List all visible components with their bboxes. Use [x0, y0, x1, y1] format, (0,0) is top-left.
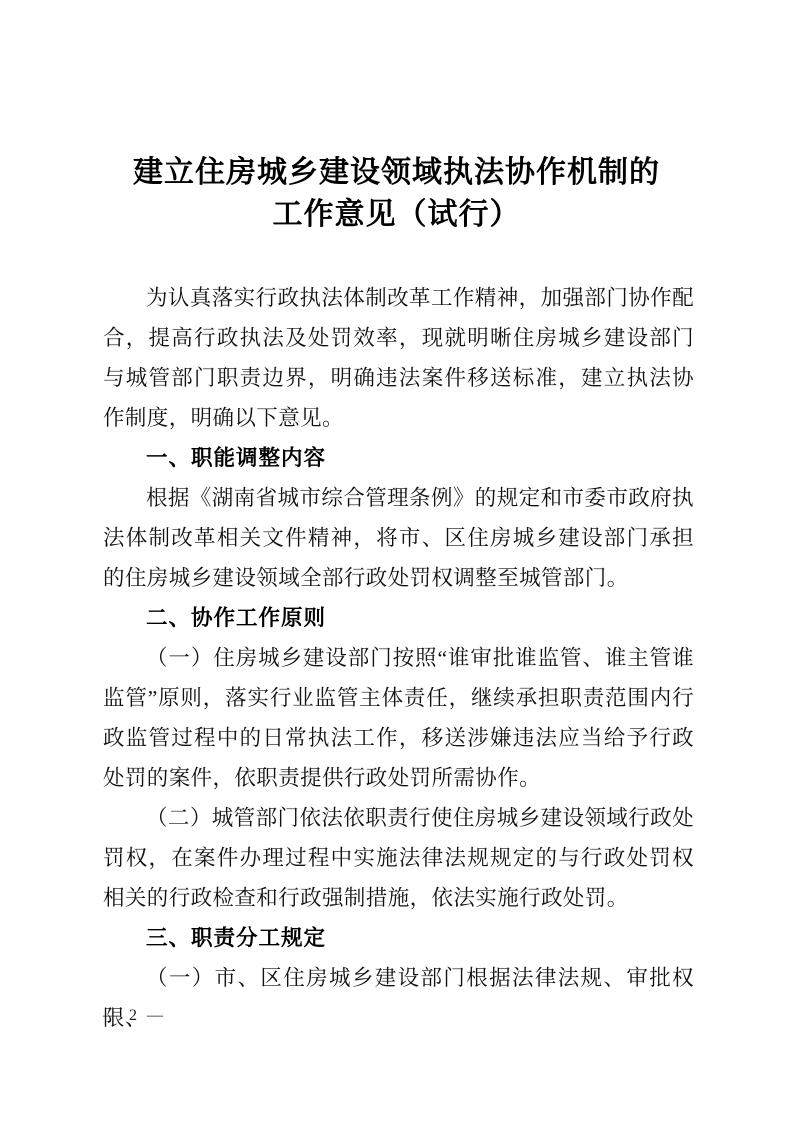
document-title-line2: 工作意见（试行） [273, 198, 521, 231]
paragraph: （二）城管部门依法依职责行使住房城乡建设领域行政处罚权，在案件办理过程中实施法律… [103, 798, 694, 918]
paragraph: （一）住房城乡建设部门按照“谁审批谁监管、谁主管谁监管”原则，落实行业监管主体责… [103, 638, 694, 798]
document-title: 建立住房城乡建设领域执法协作机制的 工作意见（试行） [0, 152, 793, 236]
document-title-line1: 建立住房城乡建设领域执法协作机制的 [133, 156, 660, 189]
paragraph: 为认真落实行政执法体制改革工作精神，加强部门协作配合，提高行政执法及处罚效率，现… [103, 278, 694, 438]
section-heading: 一、职能调整内容 [103, 438, 694, 478]
document-page: 建立住房城乡建设领域执法协作机制的 工作意见（试行） 为认真落实行政执法体制改革… [0, 0, 793, 1122]
section-heading: 二、协作工作原则 [103, 598, 694, 638]
paragraph: 根据《湖南省城市综合管理条例》的规定和市委市政府执法体制改革相关文件精神，将市、… [103, 478, 694, 598]
section-heading: 三、职责分工规定 [103, 918, 694, 958]
document-body: 为认真落实行政执法体制改革工作精神，加强部门协作配合，提高行政执法及处罚效率，现… [103, 278, 694, 1038]
paragraph: （一）市、区住房城乡建设部门根据法律法规、审批权限、 [103, 958, 694, 1038]
page-number: — 2 — [103, 1004, 166, 1028]
